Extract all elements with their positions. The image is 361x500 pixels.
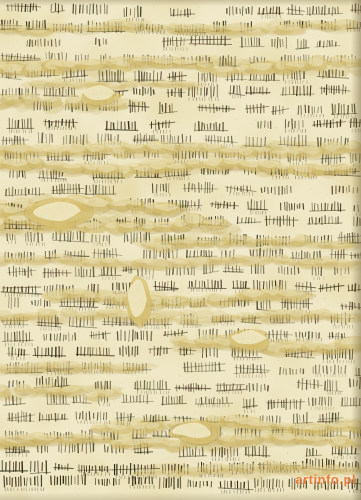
artwork-photo: artinfo.pl [0,0,361,500]
painting-canvas [0,0,361,500]
